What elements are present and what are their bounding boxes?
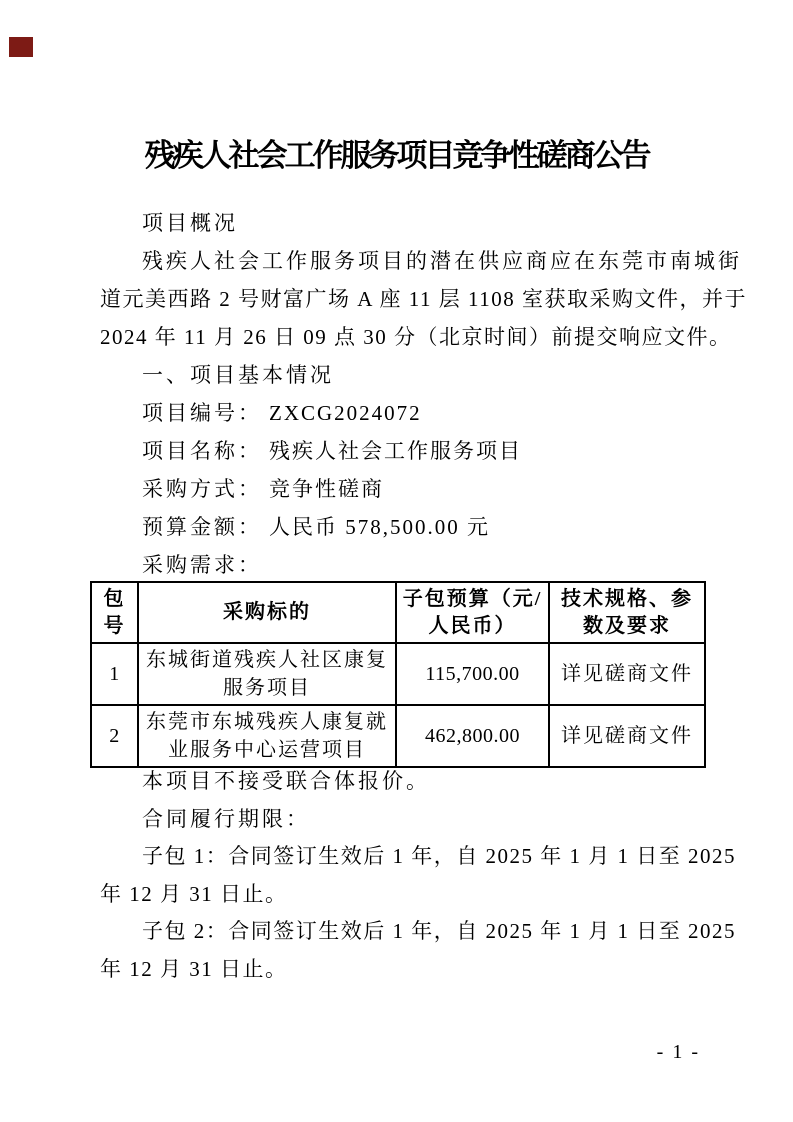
col-header-package-no: 包号	[91, 582, 138, 643]
field-line-procurement-method: 采购方式：竞争性磋商	[100, 470, 706, 508]
cell-spec: 详见磋商文件	[549, 705, 705, 767]
terms-line: 年 12 月 31 日止。	[100, 876, 706, 914]
field-value: ZXCG2024072	[269, 401, 422, 425]
paragraph-line: 2024 年 11 月 26 日 09 点 30 分（北京时间）前提交响应文件。	[100, 318, 706, 356]
terms-line: 子包 2：合同签订生效后 1 年，自 2025 年 1 月 1 日至 2025	[100, 913, 706, 951]
field-label: 预算金额：	[142, 515, 262, 539]
page-number: - 1 -	[657, 1041, 700, 1064]
col-header-budget: 子包预算（元/人民币）	[396, 582, 549, 643]
procurement-table: 包号 采购标的 子包预算（元/人民币） 技术规格、参数及要求 1 东城街道残疾人…	[90, 581, 706, 768]
document-body-top: 项目概况 残疾人社会工作服务项目的潜在供应商应在东莞市南城街 道元美西路 2 号…	[100, 204, 706, 584]
field-label: 项目编号：	[142, 401, 262, 425]
col-header-subject: 采购标的	[138, 582, 396, 643]
col-header-spec: 技术规格、参数及要求	[549, 582, 705, 643]
overview-heading: 项目概况	[100, 204, 706, 242]
cell-package-no: 2	[91, 705, 138, 767]
field-value: 残疾人社会工作服务项目	[269, 439, 522, 463]
table-header-row: 包号 采购标的 子包预算（元/人民币） 技术规格、参数及要求	[91, 582, 705, 643]
terms-line: 子包 1：合同签订生效后 1 年，自 2025 年 1 月 1 日至 2025	[100, 838, 706, 876]
cell-package-no: 1	[91, 643, 138, 705]
field-value: 竞争性磋商	[269, 477, 384, 501]
cell-spec: 详见磋商文件	[549, 643, 705, 705]
document-page: 残疾人社会工作服务项目竞争性磋商公告 项目概况 残疾人社会工作服务项目的潜在供应…	[0, 0, 793, 1122]
field-line-project-name: 项目名称：残疾人社会工作服务项目	[100, 432, 706, 470]
field-label: 采购方式：	[142, 477, 262, 501]
document-body-bottom: 本项目不接受联合体报价。 合同履行期限： 子包 1：合同签订生效后 1 年，自 …	[100, 763, 706, 988]
document-title: 残疾人社会工作服务项目竞争性磋商公告	[0, 130, 793, 175]
corner-mark	[9, 37, 33, 57]
field-line-budget-amount: 预算金额：人民币 578,500.00 元	[100, 508, 706, 546]
terms-line: 本项目不接受联合体报价。	[100, 763, 706, 801]
demand-heading: 采购需求：	[100, 546, 706, 584]
cell-budget: 115,700.00	[396, 643, 549, 705]
paragraph-line: 残疾人社会工作服务项目的潜在供应商应在东莞市南城街	[100, 242, 706, 280]
field-label: 项目名称：	[142, 439, 262, 463]
terms-line: 合同履行期限：	[100, 801, 706, 839]
field-value: 人民币 578,500.00 元	[269, 515, 490, 539]
cell-subject: 东莞市东城残疾人康复就业服务中心运营项目	[138, 705, 396, 767]
paragraph-line: 道元美西路 2 号财富广场 A 座 11 层 1108 室获取采购文件，并于	[100, 280, 706, 318]
cell-budget: 462,800.00	[396, 705, 549, 767]
cell-subject: 东城街道残疾人社区康复服务项目	[138, 643, 396, 705]
field-line-project-number: 项目编号：ZXCG2024072	[100, 394, 706, 432]
table-row: 2 东莞市东城残疾人康复就业服务中心运营项目 462,800.00 详见磋商文件	[91, 705, 705, 767]
table-row: 1 东城街道残疾人社区康复服务项目 115,700.00 详见磋商文件	[91, 643, 705, 705]
terms-line: 年 12 月 31 日止。	[100, 951, 706, 989]
section-heading: 一、项目基本情况	[100, 356, 706, 394]
